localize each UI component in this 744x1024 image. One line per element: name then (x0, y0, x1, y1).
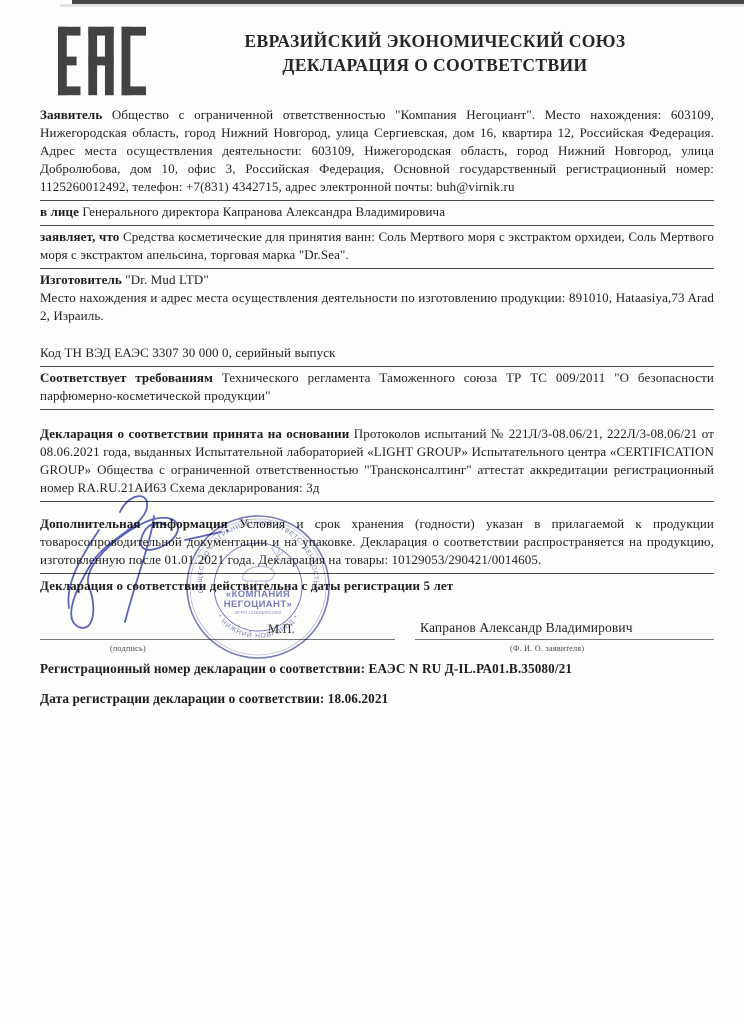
eac-mark-icon (58, 26, 146, 96)
signature-caption: (подпись) (110, 640, 146, 658)
document-title: ЕВРАЗИЙСКИЙ ЭКОНОМИЧЕСКИЙ СОЮЗ ДЕКЛАРАЦИ… (146, 24, 724, 77)
manufacturer-name: "Dr. Mud LTD" (125, 272, 209, 287)
registration-number-value: ЕАЭС N RU Д-IL.РА01.В.35080/21 (369, 661, 573, 676)
document-body: Заявитель Общество с ограниченной ответс… (40, 104, 714, 708)
applicant-label: Заявитель (40, 107, 102, 122)
declares-label: заявляет, что (40, 229, 119, 244)
conformity-label: Соответствует требованиям (40, 370, 213, 385)
declaration-document: ЕВРАЗИЙСКИЙ ЭКОНОМИЧЕСКИЙ СОЮЗ ДЕКЛАРАЦИ… (0, 0, 744, 1024)
title-line-union: ЕВРАЗИЙСКИЙ ЭКОНОМИЧЕСКИЙ СОЮЗ (146, 30, 724, 54)
additional-info-paragraph: Дополнительная информация Условия и срок… (40, 513, 714, 574)
title-line-declaration: ДЕКЛАРАЦИЯ О СООТВЕТСТВИИ (146, 54, 724, 78)
conformity-requirements-paragraph: Соответствует требованиям Технического р… (40, 367, 714, 410)
validity-statement: Декларация о соответствии действительна … (40, 574, 714, 597)
signatory-name-caption: (Ф. И. О. заявителя) (510, 640, 584, 658)
applicant-paragraph: Заявитель Общество с ограниченной ответс… (40, 104, 714, 201)
registration-number-line: Регистрационный номер декларации о соотв… (40, 660, 714, 678)
basis-paragraph: Декларация о соответствии принята на осн… (40, 423, 714, 502)
in-person-paragraph: в лице Генерального директора Капранова … (40, 201, 714, 226)
registration-number-label: Регистрационный номер декларации о соотв… (40, 661, 365, 676)
registration-date-line: Дата регистрации декларации о соответств… (40, 690, 714, 708)
additional-info-label: Дополнительная информация (40, 516, 228, 531)
manufacturer-address: Место нахождения и адрес места осуществл… (40, 289, 714, 325)
tnved-code-line: Код ТН ВЭД ЕАЭС 3307 30 000 0, серийный … (40, 342, 714, 367)
document-header: ЕВРАЗИЙСКИЙ ЭКОНОМИЧЕСКИЙ СОЮЗ ДЕКЛАРАЦИ… (58, 24, 724, 96)
signatory-name: Капранов Александр Владимирович (420, 619, 633, 637)
registration-date-label: Дата регистрации декларации о соответств… (40, 691, 324, 706)
basis-label: Декларация о соответствии принята на осн… (40, 426, 349, 441)
signatory-name-line: Капранов Александр Владимирович (Ф. И. О… (415, 599, 714, 640)
signature-line: М.П. (подпись) (40, 599, 395, 640)
in-person-text: Генерального директора Капранова Алексан… (82, 204, 445, 219)
tnved-code-text: Код ТН ВЭД ЕАЭС 3307 30 000 0, серийный … (40, 345, 336, 360)
manufacturer-label: Изготовитель (40, 272, 122, 287)
declares-paragraph: заявляет, что Средства косметические для… (40, 226, 714, 269)
declares-text: Средства косметические для принятия ванн… (40, 229, 714, 262)
scan-edge-artifact-soft (60, 4, 744, 7)
manufacturer-paragraph: Изготовитель "Dr. Mud LTD"Место нахожден… (40, 269, 714, 329)
signature-block: М.П. (подпись) Капранов Александр Владим… (40, 599, 714, 640)
applicant-text: Общество с ограниченной ответственностью… (40, 107, 714, 194)
stamp-place-label: М.П. (268, 620, 295, 638)
in-person-label: в лице (40, 204, 79, 219)
registration-date-value: 18.06.2021 (328, 691, 389, 706)
